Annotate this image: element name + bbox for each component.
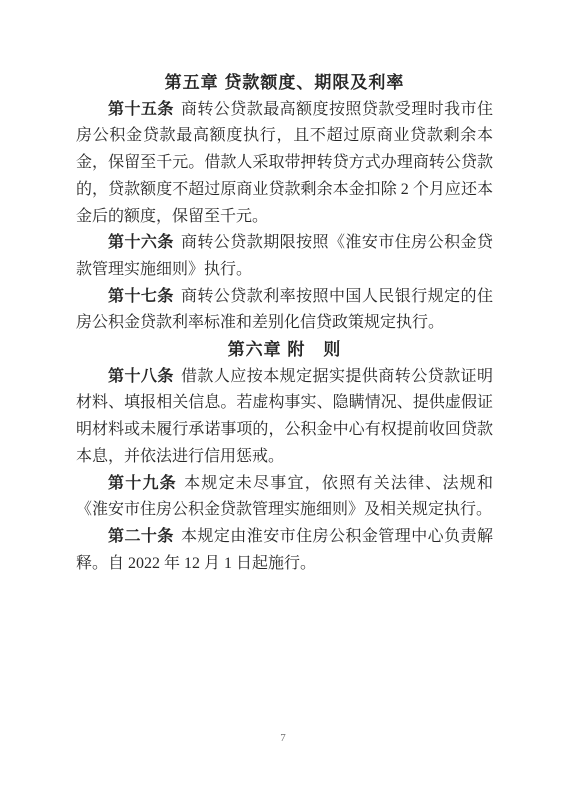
chapter-5-heading: 第五章 贷款额度、期限及利率	[76, 70, 493, 97]
article-15-text: 商转公贷款最高额度按照贷款受理时我市住房公积金贷款最高额度执行，且不超过原商业贷…	[76, 101, 493, 225]
article-19: 第十九条本规定未尽事宜，依照有关法律、法规和《淮安市住房公积金贷款管理实施细则》…	[76, 471, 493, 524]
article-17-label: 第十七条	[108, 288, 174, 305]
article-20: 第二十条本规定由淮安市住房公积金管理中心负责解释。自 2022 年 12 月 1…	[76, 524, 493, 577]
page-footer: 7	[0, 728, 566, 746]
article-20-label: 第二十条	[108, 528, 174, 545]
article-19-label: 第十九条	[108, 475, 177, 492]
article-16-label: 第十六条	[108, 234, 174, 251]
article-17: 第十七条商转公贷款利率按照中国人民银行规定的住房公积金贷款利率标准和差别化信贷政…	[76, 284, 493, 337]
article-15: 第十五条商转公贷款最高额度按照贷款受理时我市住房公积金贷款最高额度执行，且不超过…	[76, 97, 493, 231]
article-18: 第十八条借款人应按本规定据实提供商转公贷款证明材料、填报相关信息。若虚构事实、隐…	[76, 364, 493, 471]
chapter-6-heading: 第六章 附 则	[76, 337, 493, 364]
article-15-label: 第十五条	[108, 101, 174, 118]
page-number: 7	[280, 732, 286, 744]
article-18-label: 第十八条	[108, 368, 174, 385]
document-content: 第五章 贷款额度、期限及利率 第十五条商转公贷款最高额度按照贷款受理时我市住房公…	[76, 70, 493, 577]
article-16: 第十六条商转公贷款期限按照《淮安市住房公积金贷款管理实施细则》执行。	[76, 230, 493, 283]
document-page: 第五章 贷款额度、期限及利率 第十五条商转公贷款最高额度按照贷款受理时我市住房公…	[0, 0, 566, 800]
